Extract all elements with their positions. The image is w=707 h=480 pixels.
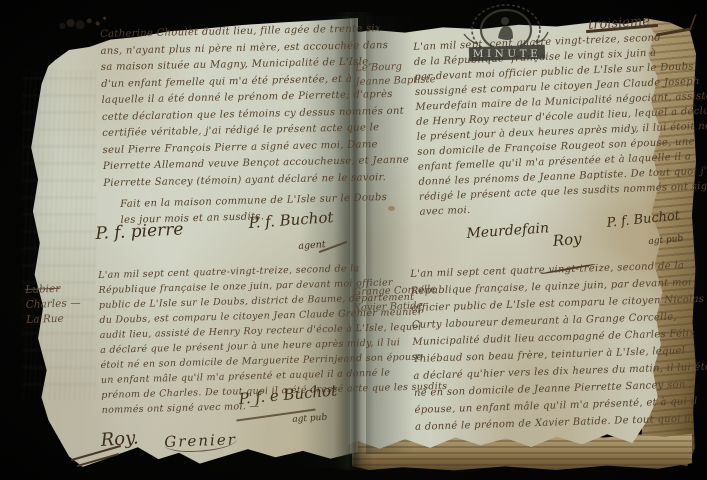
stamp-banner-label: MINUTE <box>473 48 542 60</box>
left-act1-text: Catherine Choulet dudit lieu, fille agée… <box>100 22 361 192</box>
margin-line: Le Bourg <box>355 61 402 74</box>
margin-line: Lubier <box>25 283 60 296</box>
archive-scan-photo: Catherine Choulet dudit lieu, fille agée… <box>0 0 707 480</box>
left-act2-margin-note: Lubier Charles — La Rue <box>25 281 81 328</box>
right-act2-text: L'an mil sept cent quatre vingt-treize, … <box>410 257 707 436</box>
margin-line: La Rue <box>26 313 64 326</box>
signature-roy-2: Roy <box>552 229 582 249</box>
paper-stain <box>388 206 395 211</box>
minute-revenue-stamp: MINUTE <box>452 4 564 66</box>
signature-roy: Roy. <box>100 427 139 451</box>
margin-line: Charles — <box>26 297 81 311</box>
stamp-figure-head <box>501 17 509 25</box>
ink-bleedthrough <box>22 70 96 400</box>
